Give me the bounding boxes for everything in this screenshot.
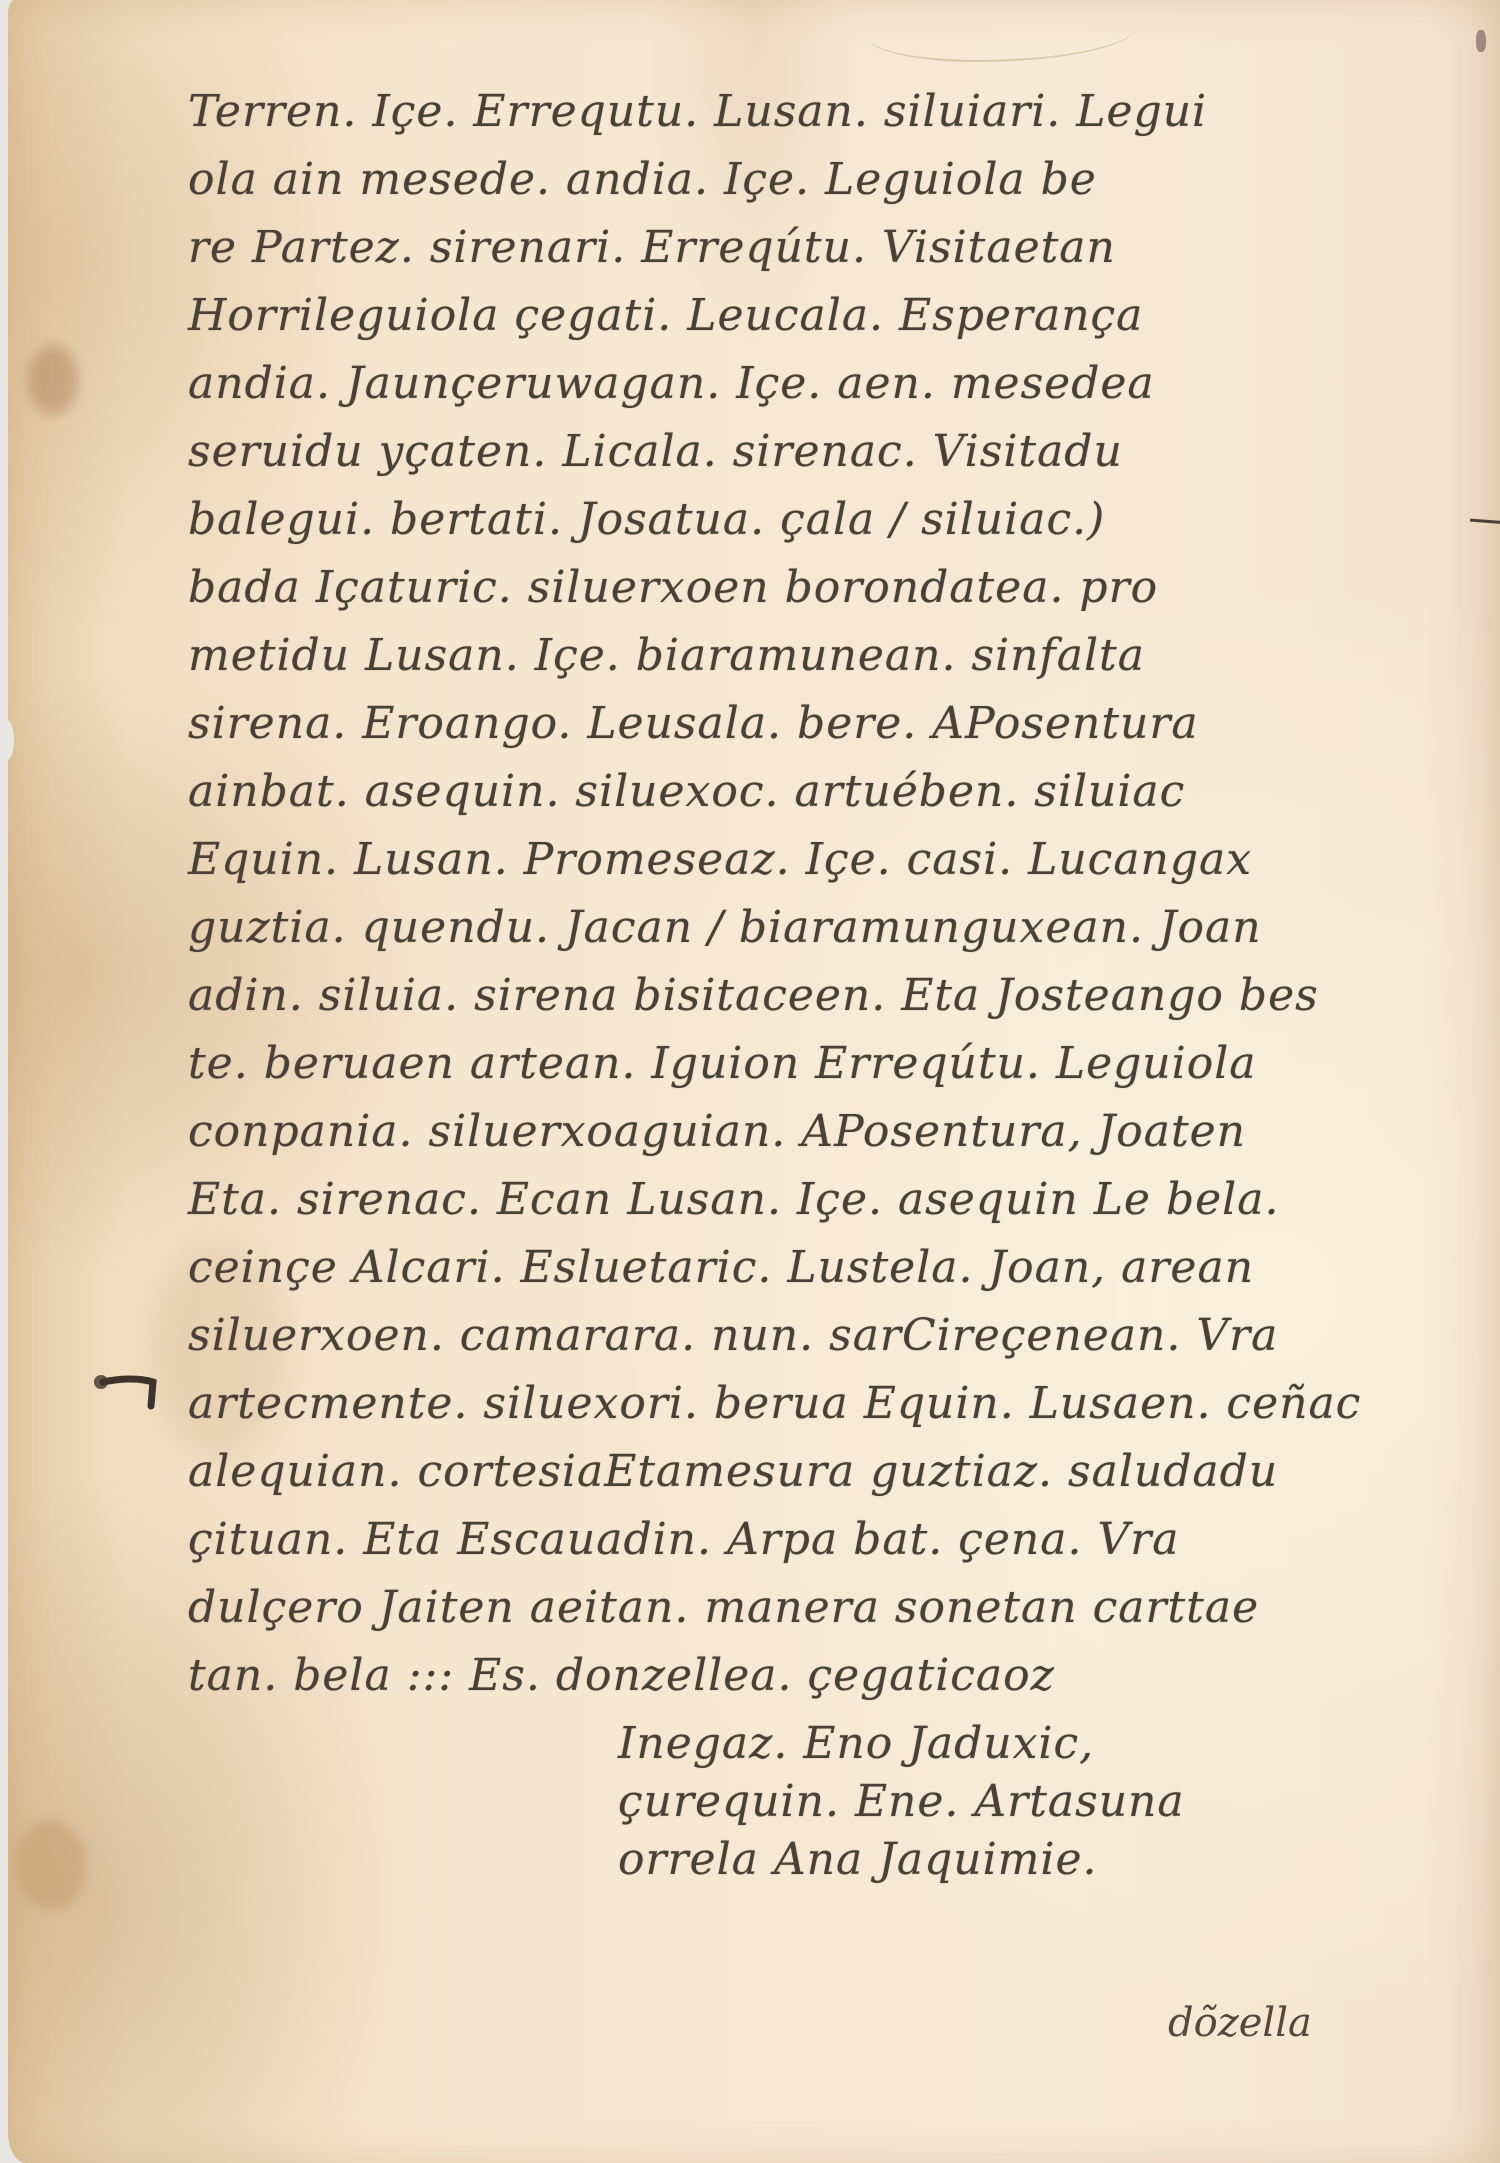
text-line: balegui. bertati. Josatua. çala / siluia… [188,494,1105,545]
text-line: adin. siluia. sirena bisitaceen. Eta Jos… [188,970,1319,1021]
text-line: bada Içaturic. siluerxoen borondatea. pr… [188,562,1158,613]
text-line: te. beruaen artean. Iguion Erreqútu. Leg… [188,1038,1257,1089]
text-line: Terren. Içe. Errequtu. Lusan. siluiari. … [188,86,1207,137]
text-line: tan. bela ::: Es. donzellea. çegaticaoz [188,1650,1055,1701]
text-line: dulçero Jaiten aeitan. manera sonetan ca… [188,1582,1259,1633]
text-line: çituan. Eta Escauadin. Arpa bat. çena. V… [188,1514,1180,1565]
catchword: dõzella [1168,2000,1312,2046]
text-line: andia. Jaunçeruwagan. Içe. aen. mesedea [188,358,1155,409]
margin-dash-icon [1470,519,1500,525]
page-edge-notch [0,720,14,760]
text-line: Equin. Lusan. Promeseaz. Içe. casi. Luca… [188,834,1252,885]
ink-stain [28,345,78,415]
text-line: metidu Lusan. Içe. biaramunean. sinfalta [188,630,1145,681]
text-line: re Partez. sirenari. Erreqútu. Visitaeta… [188,222,1116,273]
text-line: Eta. sirenac. Ecan Lusan. Içe. asequin L… [188,1174,1279,1225]
margin-bracket-icon [93,1370,163,1410]
manuscript-page: Terren. Içe. Errequtu. Lusan. siluiari. … [8,0,1500,2163]
text-line: ainbat. asequin. siluexoc. artuében. sil… [188,766,1185,817]
text-line: artecmente. siluexori. berua Equin. Lusa… [188,1378,1361,1429]
text-line: alequian. cortesiaEtamesura guztiaz. sal… [188,1446,1278,1497]
text-line: guztia. quendu. Jacan / biaramunguxean. … [188,902,1262,953]
water-damage-edge [868,0,1138,62]
text-line: conpania. siluerxoaguian. APosentura, Jo… [188,1106,1246,1157]
text-line-indented: orrela Ana Jaquimie. [618,1834,1098,1885]
edge-tear-mark [1476,30,1486,52]
water-stain [16,1820,86,1910]
text-line: seruidu yçaten. Licala. sirenac. Visitad… [188,426,1123,477]
text-line: ola ain mesede. andia. Içe. Leguiola be [188,154,1097,205]
text-line-indented: Inegaz. Eno Jaduxic, [618,1718,1094,1769]
text-line: Horrileguiola çegati. Leucala. Esperança [188,290,1143,341]
text-line: ceinçe Alcari. Esluetaric. Lustela. Joan… [188,1242,1254,1293]
text-line: sirena. Eroango. Leusala. bere. APosentu… [188,698,1199,749]
text-line: siluerxoen. camarara. nun. sarCireçenean… [188,1310,1278,1361]
text-line-indented: çurequin. Ene. Artasuna [618,1776,1185,1827]
